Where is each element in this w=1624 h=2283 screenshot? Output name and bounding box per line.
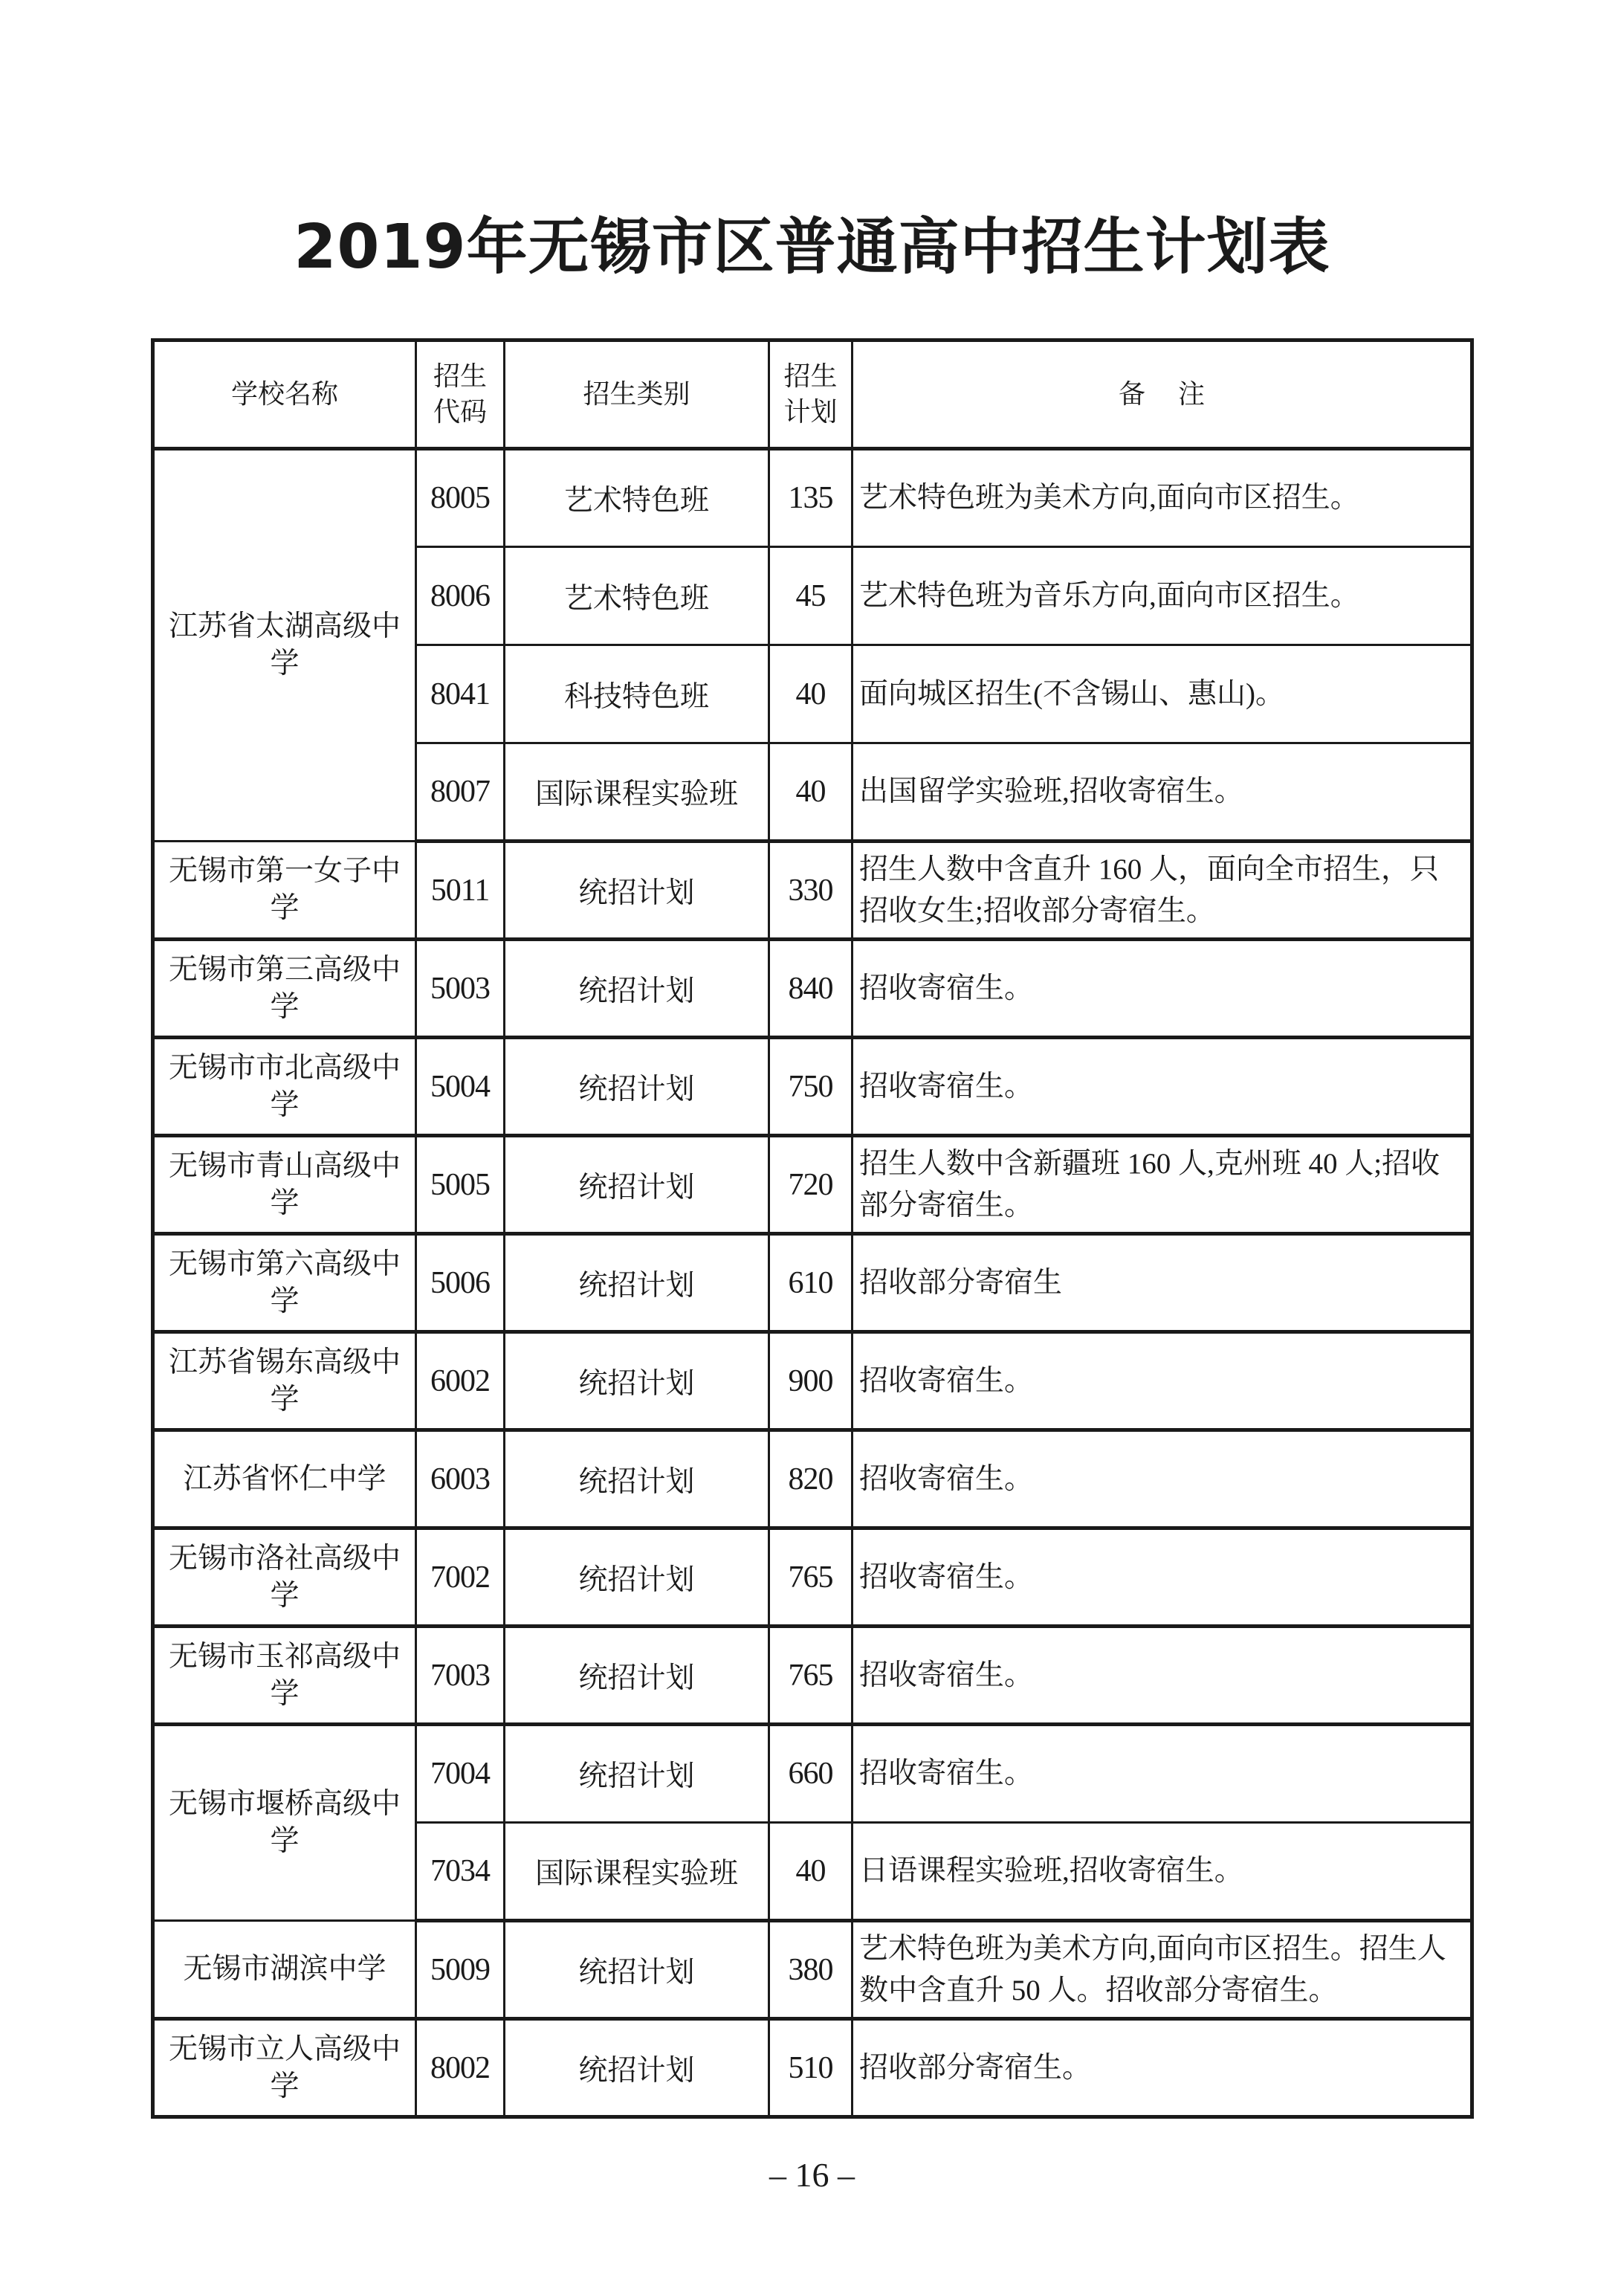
document-title: 2019年无锡市区普通高中招生计划表 <box>0 207 1624 288</box>
page-number: – 16 – <box>0 2154 1624 2196</box>
code-cell: 7003 <box>416 1627 505 1725</box>
code-cell: 5009 <box>416 1921 505 2019</box>
code-cell: 5004 <box>416 1038 505 1136</box>
category-cell: 统招计划 <box>505 1430 769 1528</box>
category-cell: 统招计划 <box>505 1627 769 1725</box>
code-cell: 7034 <box>416 1823 505 1921</box>
header-plan-line1: 招生 <box>770 359 851 395</box>
plan-cell: 380 <box>769 1921 853 2019</box>
code-cell: 8041 <box>416 645 505 743</box>
remarks-cell: 招收寄宿生。 <box>853 1627 1472 1725</box>
remarks-cell: 招收寄宿生。 <box>853 1332 1472 1430</box>
code-cell: 7002 <box>416 1528 505 1627</box>
code-cell: 5005 <box>416 1136 505 1234</box>
table-row: 无锡市青山高级中学 5005 统招计划 720 招生人数中含新疆班 160 人,… <box>153 1136 1472 1234</box>
plan-cell: 40 <box>769 1823 853 1921</box>
remarks-cell: 招生人数中含新疆班 160 人,克州班 40 人;招收部分寄宿生。 <box>853 1136 1472 1234</box>
remarks-cell: 艺术特色班为美术方向,面向市区招生。招生人数中含直升 50 人。招收部分寄宿生。 <box>853 1921 1472 2019</box>
header-remarks: 备注 <box>853 340 1472 449</box>
remarks-cell: 招收寄宿生。 <box>853 1430 1472 1528</box>
code-cell: 6002 <box>416 1332 505 1430</box>
remarks-cell: 艺术特色班为美术方向,面向市区招生。 <box>853 449 1472 547</box>
code-cell: 8002 <box>416 2019 505 2117</box>
plan-cell: 330 <box>769 842 853 940</box>
school-name-cell: 无锡市第三高级中学 <box>153 940 416 1038</box>
table-header-row: 学校名称 招生 代码 招生类别 招生 计划 备注 <box>153 340 1472 449</box>
remarks-cell: 招收寄宿生。 <box>853 1528 1472 1627</box>
plan-cell: 610 <box>769 1234 853 1332</box>
table-body: 江苏省太湖高级中学 8005 艺术特色班 135 艺术特色班为美术方向,面向市区… <box>153 449 1472 2117</box>
header-enrollment-code: 招生 代码 <box>416 340 505 449</box>
plan-cell: 765 <box>769 1528 853 1627</box>
code-cell: 8007 <box>416 743 505 842</box>
plan-cell: 40 <box>769 645 853 743</box>
remarks-cell: 招收寄宿生。 <box>853 1038 1472 1136</box>
school-name-cell: 无锡市第一女子中学 <box>153 842 416 940</box>
school-name-cell: 无锡市市北高级中学 <box>153 1038 416 1136</box>
code-cell: 6003 <box>416 1430 505 1528</box>
code-cell: 8005 <box>416 449 505 547</box>
header-plan-line2: 计划 <box>770 395 851 430</box>
table-row: 无锡市第一女子中学 5011 统招计划 330 招生人数中含直升 160 人，面… <box>153 842 1472 940</box>
remarks-cell: 招收部分寄宿生。 <box>853 2019 1472 2117</box>
category-cell: 统招计划 <box>505 1234 769 1332</box>
category-cell: 艺术特色班 <box>505 547 769 645</box>
category-cell: 科技特色班 <box>505 645 769 743</box>
category-cell: 统招计划 <box>505 842 769 940</box>
table-row: 无锡市立人高级中学 8002 统招计划 510 招收部分寄宿生。 <box>153 2019 1472 2117</box>
school-name-cell: 无锡市第六高级中学 <box>153 1234 416 1332</box>
code-cell: 5006 <box>416 1234 505 1332</box>
code-cell: 7004 <box>416 1725 505 1823</box>
category-cell: 统招计划 <box>505 2019 769 2117</box>
remarks-cell: 招收寄宿生。 <box>853 940 1472 1038</box>
remarks-cell: 日语课程实验班,招收寄宿生。 <box>853 1823 1472 1921</box>
table-row: 无锡市玉祁高级中学 7003 统招计划 765 招收寄宿生。 <box>153 1627 1472 1725</box>
plan-cell: 45 <box>769 547 853 645</box>
plan-cell: 510 <box>769 2019 853 2117</box>
category-cell: 国际课程实验班 <box>505 743 769 842</box>
plan-cell: 720 <box>769 1136 853 1234</box>
table-row: 无锡市洛社高级中学 7002 统招计划 765 招收寄宿生。 <box>153 1528 1472 1627</box>
plan-cell: 820 <box>769 1430 853 1528</box>
remarks-cell: 面向城区招生(不含锡山、惠山)。 <box>853 645 1472 743</box>
school-name-cell: 无锡市立人高级中学 <box>153 2019 416 2117</box>
table-row: 江苏省锡东高级中学 6002 统招计划 900 招收寄宿生。 <box>153 1332 1472 1430</box>
remarks-cell: 出国留学实验班,招收寄宿生。 <box>853 743 1472 842</box>
plan-cell: 135 <box>769 449 853 547</box>
school-name-cell: 江苏省锡东高级中学 <box>153 1332 416 1430</box>
plan-cell: 900 <box>769 1332 853 1430</box>
table-row: 无锡市市北高级中学 5004 统招计划 750 招收寄宿生。 <box>153 1038 1472 1136</box>
remarks-cell: 招生人数中含直升 160 人，面向全市招生，只招收女生;招收部分寄宿生。 <box>853 842 1472 940</box>
category-cell: 统招计划 <box>505 1725 769 1823</box>
category-cell: 统招计划 <box>505 1136 769 1234</box>
category-cell: 统招计划 <box>505 1332 769 1430</box>
school-name-cell: 无锡市湖滨中学 <box>153 1921 416 2019</box>
plan-cell: 40 <box>769 743 853 842</box>
school-name-cell: 无锡市青山高级中学 <box>153 1136 416 1234</box>
category-cell: 艺术特色班 <box>505 449 769 547</box>
remarks-cell: 招收部分寄宿生 <box>853 1234 1472 1332</box>
plan-cell: 750 <box>769 1038 853 1136</box>
school-name-cell: 无锡市玉祁高级中学 <box>153 1627 416 1725</box>
table-row: 无锡市湖滨中学 5009 统招计划 380 艺术特色班为美术方向,面向市区招生。… <box>153 1921 1472 2019</box>
remarks-cell: 艺术特色班为音乐方向,面向市区招生。 <box>853 547 1472 645</box>
table-row: 无锡市堰桥高级中学 7004 统招计划 660 招收寄宿生。 <box>153 1725 1472 1823</box>
category-cell: 统招计划 <box>505 1038 769 1136</box>
plan-cell: 840 <box>769 940 853 1038</box>
remarks-cell: 招收寄宿生。 <box>853 1725 1472 1823</box>
table-row: 无锡市第六高级中学 5006 统招计划 610 招收部分寄宿生 <box>153 1234 1472 1332</box>
table-row: 江苏省太湖高级中学 8005 艺术特色班 135 艺术特色班为美术方向,面向市区… <box>153 449 1472 547</box>
school-name-cell: 无锡市堰桥高级中学 <box>153 1725 416 1921</box>
code-cell: 5011 <box>416 842 505 940</box>
school-name-cell: 江苏省太湖高级中学 <box>153 449 416 842</box>
header-school-name: 学校名称 <box>153 340 416 449</box>
category-cell: 国际课程实验班 <box>505 1823 769 1921</box>
enrollment-plan-table: 学校名称 招生 代码 招生类别 招生 计划 备注 江苏省太湖高级中学 8005 … <box>151 338 1474 2119</box>
table-row: 无锡市第三高级中学 5003 统招计划 840 招收寄宿生。 <box>153 940 1472 1038</box>
category-cell: 统招计划 <box>505 1528 769 1627</box>
header-code-line2: 代码 <box>417 395 503 430</box>
plan-cell: 765 <box>769 1627 853 1725</box>
category-cell: 统招计划 <box>505 1921 769 2019</box>
school-name-cell: 江苏省怀仁中学 <box>153 1430 416 1528</box>
school-name-cell: 无锡市洛社高级中学 <box>153 1528 416 1627</box>
category-cell: 统招计划 <box>505 940 769 1038</box>
plan-cell: 660 <box>769 1725 853 1823</box>
table-row: 江苏省怀仁中学 6003 统招计划 820 招收寄宿生。 <box>153 1430 1472 1528</box>
header-enrollment-plan: 招生 计划 <box>769 340 853 449</box>
code-cell: 5003 <box>416 940 505 1038</box>
header-code-line1: 招生 <box>417 359 503 395</box>
code-cell: 8006 <box>416 547 505 645</box>
header-enrollment-category: 招生类别 <box>505 340 769 449</box>
